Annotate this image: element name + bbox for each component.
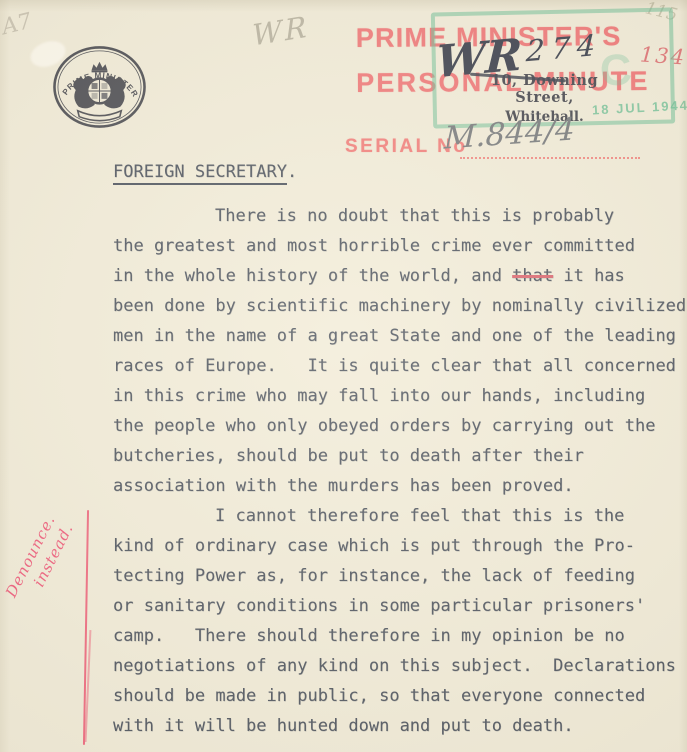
body-line: There is no doubt that this is probably: [113, 201, 686, 231]
body-line-text: the greatest and most horrible crime eve…: [113, 236, 635, 256]
body-line: or sanitary conditions in some particula…: [113, 591, 686, 621]
body-line: tecting Power as, for instance, the lack…: [113, 561, 686, 591]
body-line-text: butcheries, should be put to death after…: [113, 446, 584, 466]
corner-pencil-mark: A7: [0, 9, 34, 40]
body-line-text: There is no doubt that this is probably: [215, 206, 614, 226]
margin-note-red: Denounce. instead.: [2, 511, 77, 609]
registry-num: 274: [525, 27, 603, 68]
body-line-text: with it will be hunted down and put to d…: [113, 716, 574, 736]
salutation-underlined: FOREIGN SECRETARY: [113, 162, 287, 185]
paragraphs: There is no doubt that this is probablyt…: [113, 201, 686, 741]
body-line: men in the name of a great State and one…: [113, 321, 686, 351]
body-line-text: been done by scientific machinery by nom…: [113, 296, 686, 316]
body-line-text: in this crime who may fall into our hand…: [113, 386, 645, 406]
body-line-text: I cannot therefore feel that this is the: [215, 506, 624, 526]
pencil-initials: WR: [251, 9, 310, 52]
body-line-text: the people who only obeyed orders by car…: [113, 416, 655, 436]
body-line: the people who only obeyed orders by car…: [113, 411, 686, 441]
body-line-text: men in the name of a great State and one…: [113, 326, 676, 346]
body-line-text: races of Europe. It is quite clear that …: [113, 356, 676, 376]
body-line: I cannot therefore feel that this is the: [113, 501, 686, 531]
body-line: butcheries, should be put to death after…: [113, 441, 686, 471]
struck-word: that: [512, 266, 553, 286]
margin-rule-red: [83, 510, 89, 745]
motto-ribbon-icon: [78, 111, 122, 121]
body-line-text: association with the murders has been pr…: [113, 476, 574, 496]
body-line: been done by scientific machinery by nom…: [113, 291, 686, 321]
body-line: kind of ordinary case which is put throu…: [113, 531, 686, 561]
crown-icon: [92, 62, 108, 73]
document-scan: PRIME MINISTER PRIME MINISTER'S PERSONAL…: [0, 0, 687, 752]
body-line-text: camp. There should therefore in my opini…: [113, 626, 625, 646]
body-line: association with the murders has been pr…: [113, 471, 686, 501]
body-line: races of Europe. It is quite clear that …: [113, 351, 686, 381]
salutation-period: .: [287, 162, 297, 182]
body-line: in the whole history of the world, and t…: [113, 261, 686, 291]
body-line-text: kind of ordinary case which is put throu…: [113, 536, 635, 556]
body-line: should be made in public, so that everyo…: [113, 681, 686, 711]
body-line: camp. There should therefore in my opini…: [113, 621, 686, 651]
body-line-text: or sanitary conditions in some particula…: [113, 596, 645, 616]
body-line-text: should be made in public, so that everyo…: [113, 686, 645, 706]
registry-wr: WR: [435, 29, 523, 88]
body-text: FOREIGN SECRETARY. There is no doubt tha…: [113, 157, 686, 741]
body-line: with it will be hunted down and put to d…: [113, 711, 686, 741]
body-line: the greatest and most horrible crime eve…: [113, 231, 686, 261]
body-line: in this crime who may fall into our hand…: [113, 381, 686, 411]
body-line-text: it has: [553, 266, 625, 286]
body-line-text: in the whole history of the world, and: [113, 266, 512, 286]
body-line: negotiations of any kind on this subject…: [113, 651, 686, 681]
salutation: FOREIGN SECRETARY.: [113, 157, 686, 187]
shield-icon: [87, 79, 112, 104]
body-line-text: tecting Power as, for instance, the lack…: [113, 566, 635, 586]
body-line-text: negotiations of any kind on this subject…: [113, 656, 676, 676]
royal-crest: PRIME MINISTER: [52, 45, 147, 129]
